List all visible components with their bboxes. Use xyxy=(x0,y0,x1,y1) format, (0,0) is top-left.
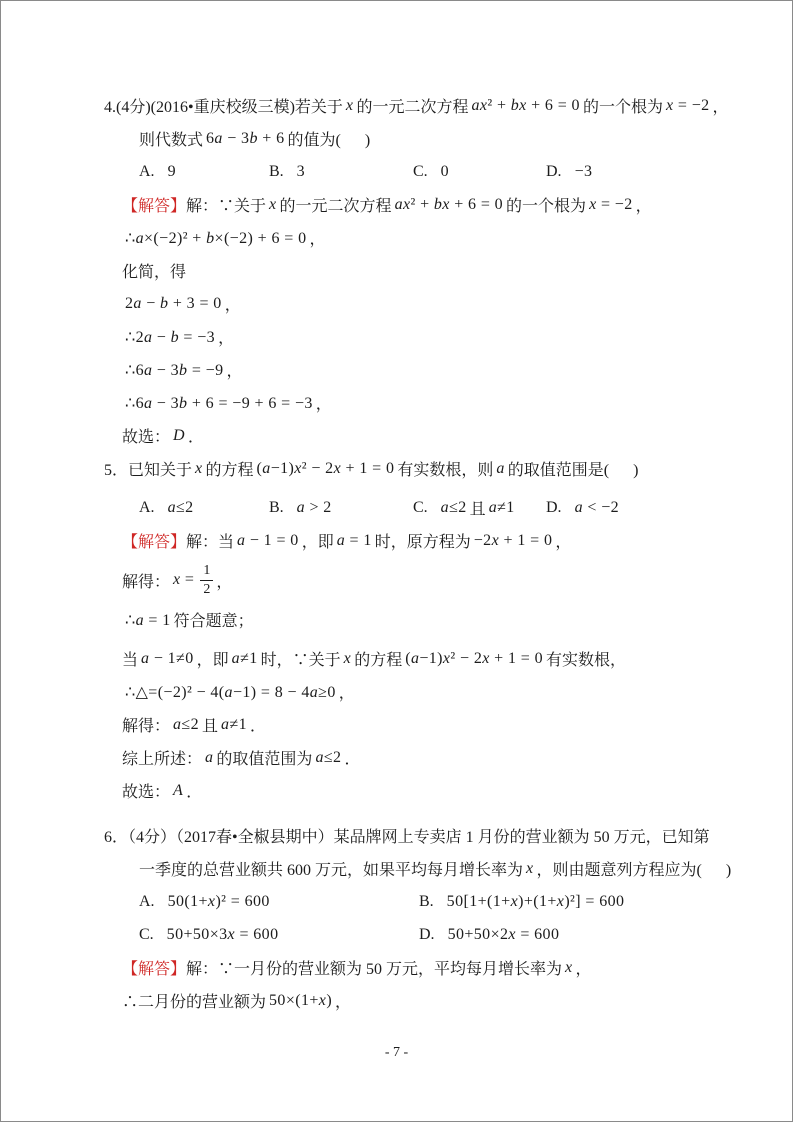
text-run: ，则由题意列方程应为( ) xyxy=(537,857,732,880)
option-C: C.50+50×3x = 600 xyxy=(139,926,419,944)
solution-line: 解得：x =12， xyxy=(1,557,792,603)
question-5: 5．已知关于x的方程(a−1)x² − 2x + 1 = 0有实数根，则a的取值… xyxy=(1,452,792,807)
math-expression: 3 xyxy=(297,163,305,181)
text-run: ， xyxy=(225,292,241,315)
text-run: 的一个根为 xyxy=(583,94,663,117)
options-row: A.50(1+x)² = 600B.50[1+(1+x)+(1+x)²] = 6… xyxy=(1,885,792,918)
text-run: ，即 xyxy=(302,529,334,552)
solution-line: 解得：a≤2且a≠1． xyxy=(1,708,792,741)
text-run: 且 xyxy=(470,496,486,519)
question-stem-line: 一季度的总营业额共 600 万元，如果平均每月增长率为x，则由题意列方程应为( … xyxy=(1,852,792,885)
page-footer: - 7 - xyxy=(1,1045,792,1061)
math-expression: ∴6a − 3b + 6 = −9 + 6 = −3 xyxy=(125,393,313,413)
solution-line: ∴a×(−2)² + b×(−2) + 6 = 0， xyxy=(1,221,792,254)
text-run: 解：当 xyxy=(186,529,234,552)
math-expression: ax² + bx + 6 = 0 xyxy=(471,97,579,115)
document-page: 4.(4分)(2016•重庆校级三模)若关于x的一元二次方程ax² + bx +… xyxy=(0,0,793,1122)
math-expression: 2a − b + 3 = 0 xyxy=(125,295,222,313)
text-run: ， xyxy=(339,680,355,703)
text-run: ， xyxy=(216,569,232,592)
math-expression: a≠1 xyxy=(489,499,515,517)
option-label: C. xyxy=(413,163,428,181)
math-expression: 50×(1+x) xyxy=(269,992,332,1010)
solution-line: 当a − 1≠0，即a≠1时，∵关于x的方程(a−1)x² − 2x + 1 =… xyxy=(1,642,792,675)
math-expression: x = xyxy=(173,571,194,589)
math-expression: x xyxy=(269,196,277,214)
text-run: 有实数根，则 xyxy=(397,457,493,480)
text-run: 则代数式 xyxy=(139,127,203,150)
question-stem-line: 6．（4分）（2017春•全椒县期中）某品牌网上专卖店 1 月份的营业额为 50… xyxy=(1,819,792,852)
text-run: 当 xyxy=(122,647,138,670)
math-expression: x xyxy=(526,860,534,878)
text-run: ，即 xyxy=(197,647,229,670)
math-expression: −2x + 1 = 0 xyxy=(474,532,553,550)
text-run: 的方程 xyxy=(206,457,254,480)
text-run: 解：∵一月份的营业额为 50 万元，平均每月增长率为 xyxy=(186,956,562,979)
text-run: 的取值范围是( ) xyxy=(508,457,639,480)
text-run: 5．已知关于 xyxy=(104,457,192,480)
text-run: 时，∵关于 xyxy=(261,647,341,670)
text-run: ． xyxy=(188,424,204,447)
option-A: A.50(1+x)² = 600 xyxy=(139,893,419,911)
page-number: - 7 - xyxy=(385,1045,408,1060)
option-A: A.a≤2 xyxy=(139,499,269,517)
option-label: D. xyxy=(546,163,562,181)
math-expression: 6a − 3b + 6 xyxy=(206,130,284,148)
math-expression: ax² + bx + 6 = 0 xyxy=(395,196,503,214)
option-C: C.0 xyxy=(413,163,546,181)
text-run: 化简，得 xyxy=(122,259,186,282)
math-expression: ∴2a − b = −3 xyxy=(125,327,215,347)
solution-line: 故选：D． xyxy=(1,419,792,452)
question-stem-line: 则代数式6a − 3b + 6的值为( ) xyxy=(1,122,792,155)
solution-line: ∴a = 1符合题意； xyxy=(1,603,792,636)
math-expression: x = −2 xyxy=(589,196,633,214)
text-run: 符合题意； xyxy=(174,608,254,631)
solution-line: 【解答】解：∵一月份的营业额为 50 万元，平均每月增长率为x， xyxy=(1,951,792,984)
options-row: C.50+50×3x = 600D.50+50×2x = 600 xyxy=(1,918,792,951)
option-label: D. xyxy=(546,499,562,517)
text-run: ， xyxy=(555,529,571,552)
math-expression: 0 xyxy=(441,163,449,181)
solution-line: ∴二月份的营业额为50×(1+x)， xyxy=(1,984,792,1017)
text-run: 综上所述： xyxy=(122,746,202,769)
text-run: ， xyxy=(309,226,325,249)
option-D: D.a < −2 xyxy=(546,499,622,517)
question-stem-line: 4.(4分)(2016•重庆校级三模)若关于x的一元二次方程ax² + bx +… xyxy=(1,89,792,122)
math-expression: 9 xyxy=(168,163,176,181)
option-label: B. xyxy=(269,499,284,517)
math-expression: a≠1 xyxy=(221,716,247,734)
text-run: 故选： xyxy=(122,779,170,802)
math-expression: a≤2 xyxy=(168,499,194,517)
text-run: 的值为( ) xyxy=(287,127,370,150)
solution-line: 故选：A． xyxy=(1,774,792,807)
math-expression: x xyxy=(565,959,573,977)
answer-label: 【解答】 xyxy=(122,956,186,979)
math-expression: a < −2 xyxy=(575,499,619,517)
solution-line: ∴6a − 3b + 6 = −9 + 6 = −3， xyxy=(1,386,792,419)
math-expression: a − 1≠0 xyxy=(141,650,194,668)
answer-label: 【解答】 xyxy=(122,193,186,216)
math-expression: x xyxy=(195,460,203,478)
options-row: A.a≤2B.a > 2C.a≤2且a≠1D.a < −2 xyxy=(1,491,792,524)
math-expression: A xyxy=(173,782,183,800)
option-D: D.−3 xyxy=(546,163,595,181)
math-expression: x xyxy=(346,97,354,115)
fraction: 12 xyxy=(200,564,213,597)
text-run: 的一个根为 xyxy=(506,193,586,216)
solution-line: ∴6a − 3b = −9， xyxy=(1,353,792,386)
text-run: ， xyxy=(226,358,242,381)
question-4: 4.(4分)(2016•重庆校级三模)若关于x的一元二次方程ax² + bx +… xyxy=(1,89,792,452)
math-expression: a≤2 xyxy=(173,716,199,734)
option-B: B.50[1+(1+x)+(1+x)²] = 600 xyxy=(419,893,627,911)
math-expression: ∴△=(−2)² − 4(a−1) = 8 − 4a≥0 xyxy=(125,682,336,702)
math-expression: D xyxy=(173,427,185,445)
text-run: 解：∵关于 xyxy=(186,193,266,216)
document-content: 4.(4分)(2016•重庆校级三模)若关于x的一元二次方程ax² + bx +… xyxy=(1,1,792,1017)
text-run: 有实数根， xyxy=(546,647,626,670)
text-run: 一季度的总营业额共 600 万元，如果平均每月增长率为 xyxy=(139,857,523,880)
solution-line: 综上所述：a的取值范围为a≤2． xyxy=(1,741,792,774)
math-expression: −3 xyxy=(575,163,593,181)
math-expression: ∴a = 1 xyxy=(125,610,171,630)
math-expression: (a−1)x² − 2x + 1 = 0 xyxy=(257,460,395,478)
option-B: B.3 xyxy=(269,163,413,181)
math-expression: 50[1+(1+x)+(1+x)²] = 600 xyxy=(447,893,625,911)
answer-label: 【解答】 xyxy=(122,529,186,552)
math-expression: 50(1+x)² = 600 xyxy=(168,893,270,911)
text-run: ， xyxy=(713,94,729,117)
solution-line: 2a − b + 3 = 0， xyxy=(1,287,792,320)
text-run: ， xyxy=(576,956,592,979)
math-expression: 50+50×2x = 600 xyxy=(448,926,560,944)
math-expression: x = −2 xyxy=(666,97,710,115)
text-run: ， xyxy=(335,989,351,1012)
text-run: ∴二月份的营业额为 xyxy=(122,989,266,1012)
text-run: ． xyxy=(250,713,266,736)
text-run: 故选： xyxy=(122,424,170,447)
option-label: C. xyxy=(139,926,154,944)
math-expression: ∴a×(−2)² + b×(−2) + 6 = 0 xyxy=(125,228,306,248)
math-expression: 50+50×3x = 600 xyxy=(167,926,279,944)
solution-line: ∴△=(−2)² − 4(a−1) = 8 − 4a≥0， xyxy=(1,675,792,708)
text-run: ． xyxy=(344,746,360,769)
option-label: C. xyxy=(413,499,428,517)
solution-line: 【解答】解：当a − 1 = 0，即a = 1时，原方程为−2x + 1 = 0… xyxy=(1,524,792,557)
option-B: B.a > 2 xyxy=(269,499,413,517)
option-A: A.9 xyxy=(139,163,269,181)
math-expression: a xyxy=(496,460,504,478)
text-run: 的取值范围为 xyxy=(216,746,312,769)
text-run: 且 xyxy=(202,713,218,736)
text-run: 的一元二次方程 xyxy=(280,193,392,216)
option-D: D.50+50×2x = 600 xyxy=(419,926,562,944)
math-expression: a≠1 xyxy=(232,650,258,668)
solution-line: 化简，得 xyxy=(1,254,792,287)
math-expression: a > 2 xyxy=(297,499,332,517)
text-run: 6．（4分）（2017春•全椒县期中）某品牌网上专卖店 1 月份的营业额为 50… xyxy=(104,824,710,847)
text-run: ， xyxy=(316,391,332,414)
option-label: D. xyxy=(419,926,435,944)
text-run: 的一元二次方程 xyxy=(356,94,468,117)
text-run: 时，原方程为 xyxy=(375,529,471,552)
option-label: A. xyxy=(139,163,155,181)
math-expression: ∴6a − 3b = −9 xyxy=(125,360,223,380)
option-label: B. xyxy=(419,893,434,911)
options-row: A.9B.3C.0D.−3 xyxy=(1,155,792,188)
question-stem-line: 5．已知关于x的方程(a−1)x² − 2x + 1 = 0有实数根，则a的取值… xyxy=(1,452,792,485)
math-expression: a xyxy=(205,749,213,767)
option-label: B. xyxy=(269,163,284,181)
text-run: 解得： xyxy=(122,569,170,592)
math-expression: a − 1 = 0 xyxy=(237,532,299,550)
math-expression: x xyxy=(344,650,352,668)
text-run: 4.(4分)(2016•重庆校级三模)若关于 xyxy=(104,94,343,117)
question-6: 6．（4分）（2017春•全椒县期中）某品牌网上专卖店 1 月份的营业额为 50… xyxy=(1,819,792,1017)
text-run: 的方程 xyxy=(354,647,402,670)
option-label: A. xyxy=(139,893,155,911)
option-label: A. xyxy=(139,499,155,517)
solution-line: 【解答】解：∵关于x的一元二次方程ax² + bx + 6 = 0的一个根为x … xyxy=(1,188,792,221)
math-expression: a≤2 xyxy=(315,749,341,767)
option-C: C.a≤2且a≠1 xyxy=(413,496,546,519)
text-run: ， xyxy=(636,193,652,216)
math-expression: a = 1 xyxy=(337,532,372,550)
math-expression: (a−1)x² − 2x + 1 = 0 xyxy=(405,650,543,668)
text-run: ． xyxy=(186,779,202,802)
text-run: 解得： xyxy=(122,713,170,736)
math-expression: a≤2 xyxy=(441,499,467,517)
text-run: ， xyxy=(218,325,234,348)
solution-line: ∴2a − b = −3， xyxy=(1,320,792,353)
